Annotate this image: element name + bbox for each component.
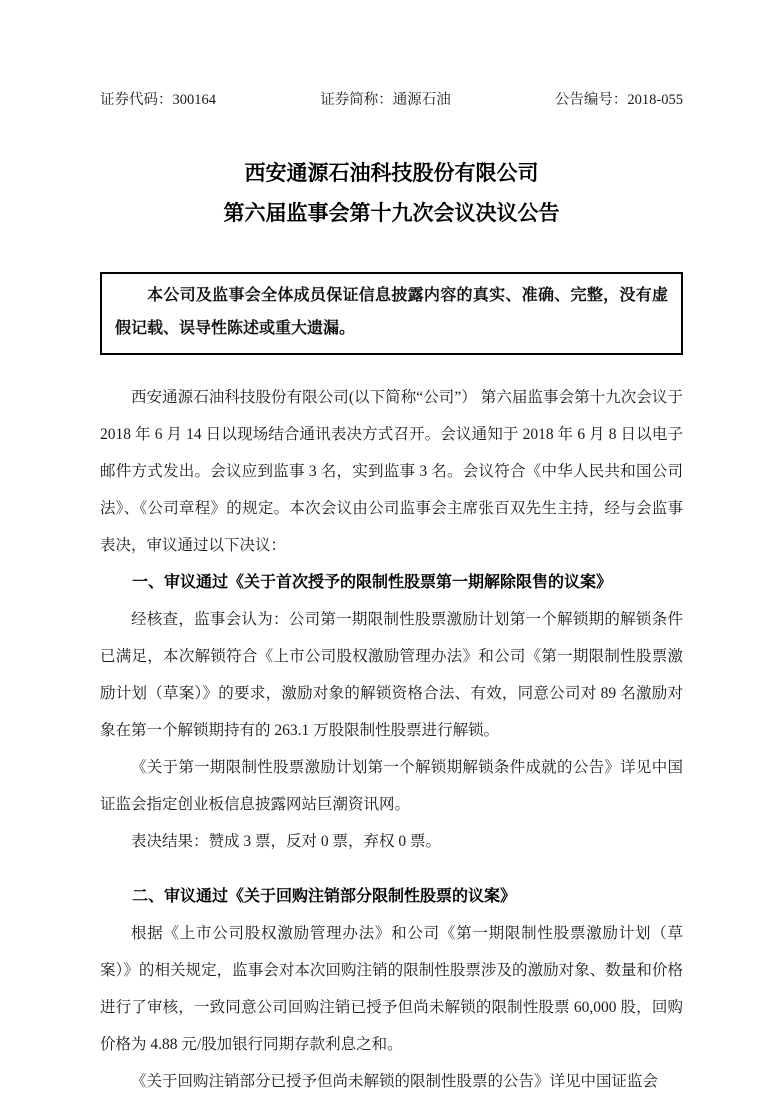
paragraph-section1-vote-result: 表决结果：赞成 3 票，反对 0 票，弃权 0 票。 xyxy=(100,823,683,860)
paragraph-section2-review: 根据《上市公司股权激励管理办法》和公司《第一期限制性股票激励计划（草案）》的相关… xyxy=(100,915,683,1063)
meeting-resolution-title-line: 第六届监事会第十九次会议决议公告 xyxy=(100,194,683,234)
company-name-title-line: 西安通源石油科技股份有限公司 xyxy=(100,154,683,194)
document-body: 西安通源石油科技股份有限公司(以下简称“公司”） 第六届监事会第十九次会议于 2… xyxy=(100,379,683,1100)
document-title: 西安通源石油科技股份有限公司 第六届监事会第十九次会议决议公告 xyxy=(100,154,683,234)
disclaimer-box: 本公司及监事会全体成员保证信息披露内容的真实、准确、完整，没有虚假记载、误导性陈… xyxy=(100,272,683,355)
paragraph-section1-review: 经核查，监事会认为：公司第一期限制性股票激励计划第一个解锁期的解锁条件已满足，本… xyxy=(100,601,683,749)
paragraph-meeting-intro: 西安通源石油科技股份有限公司(以下简称“公司”） 第六届监事会第十九次会议于 2… xyxy=(100,379,683,564)
paragraph-section1-reference: 《关于第一期限制性股票激励计划第一个解锁期解锁条件成就的公告》详见中国证监会指定… xyxy=(100,749,683,823)
announcement-number-label: 公告编号：2018-055 xyxy=(555,90,683,110)
stock-code-label: 证券代码：300164 xyxy=(100,90,216,110)
disclaimer-text: 本公司及监事会全体成员保证信息披露内容的真实、准确、完整，没有虚假记载、误导性陈… xyxy=(115,279,668,345)
document-page: 证券代码：300164 证券简称：通源石油 公告编号：2018-055 西安通源… xyxy=(0,0,780,1100)
paragraph-section2-reference: 《关于回购注销部分已授予但尚未解锁的限制性股票的公告》详见中国证监会 xyxy=(100,1063,683,1100)
stock-name-label: 证券简称：通源石油 xyxy=(320,90,451,110)
section-1-heading: 一、审议通过《关于首次授予的限制性股票第一期解除限售的议案》 xyxy=(100,564,683,601)
document-header: 证券代码：300164 证券简称：通源石油 公告编号：2018-055 xyxy=(100,90,683,110)
section-2-heading: 二、审议通过《关于回购注销部分限制性股票的议案》 xyxy=(100,878,683,915)
